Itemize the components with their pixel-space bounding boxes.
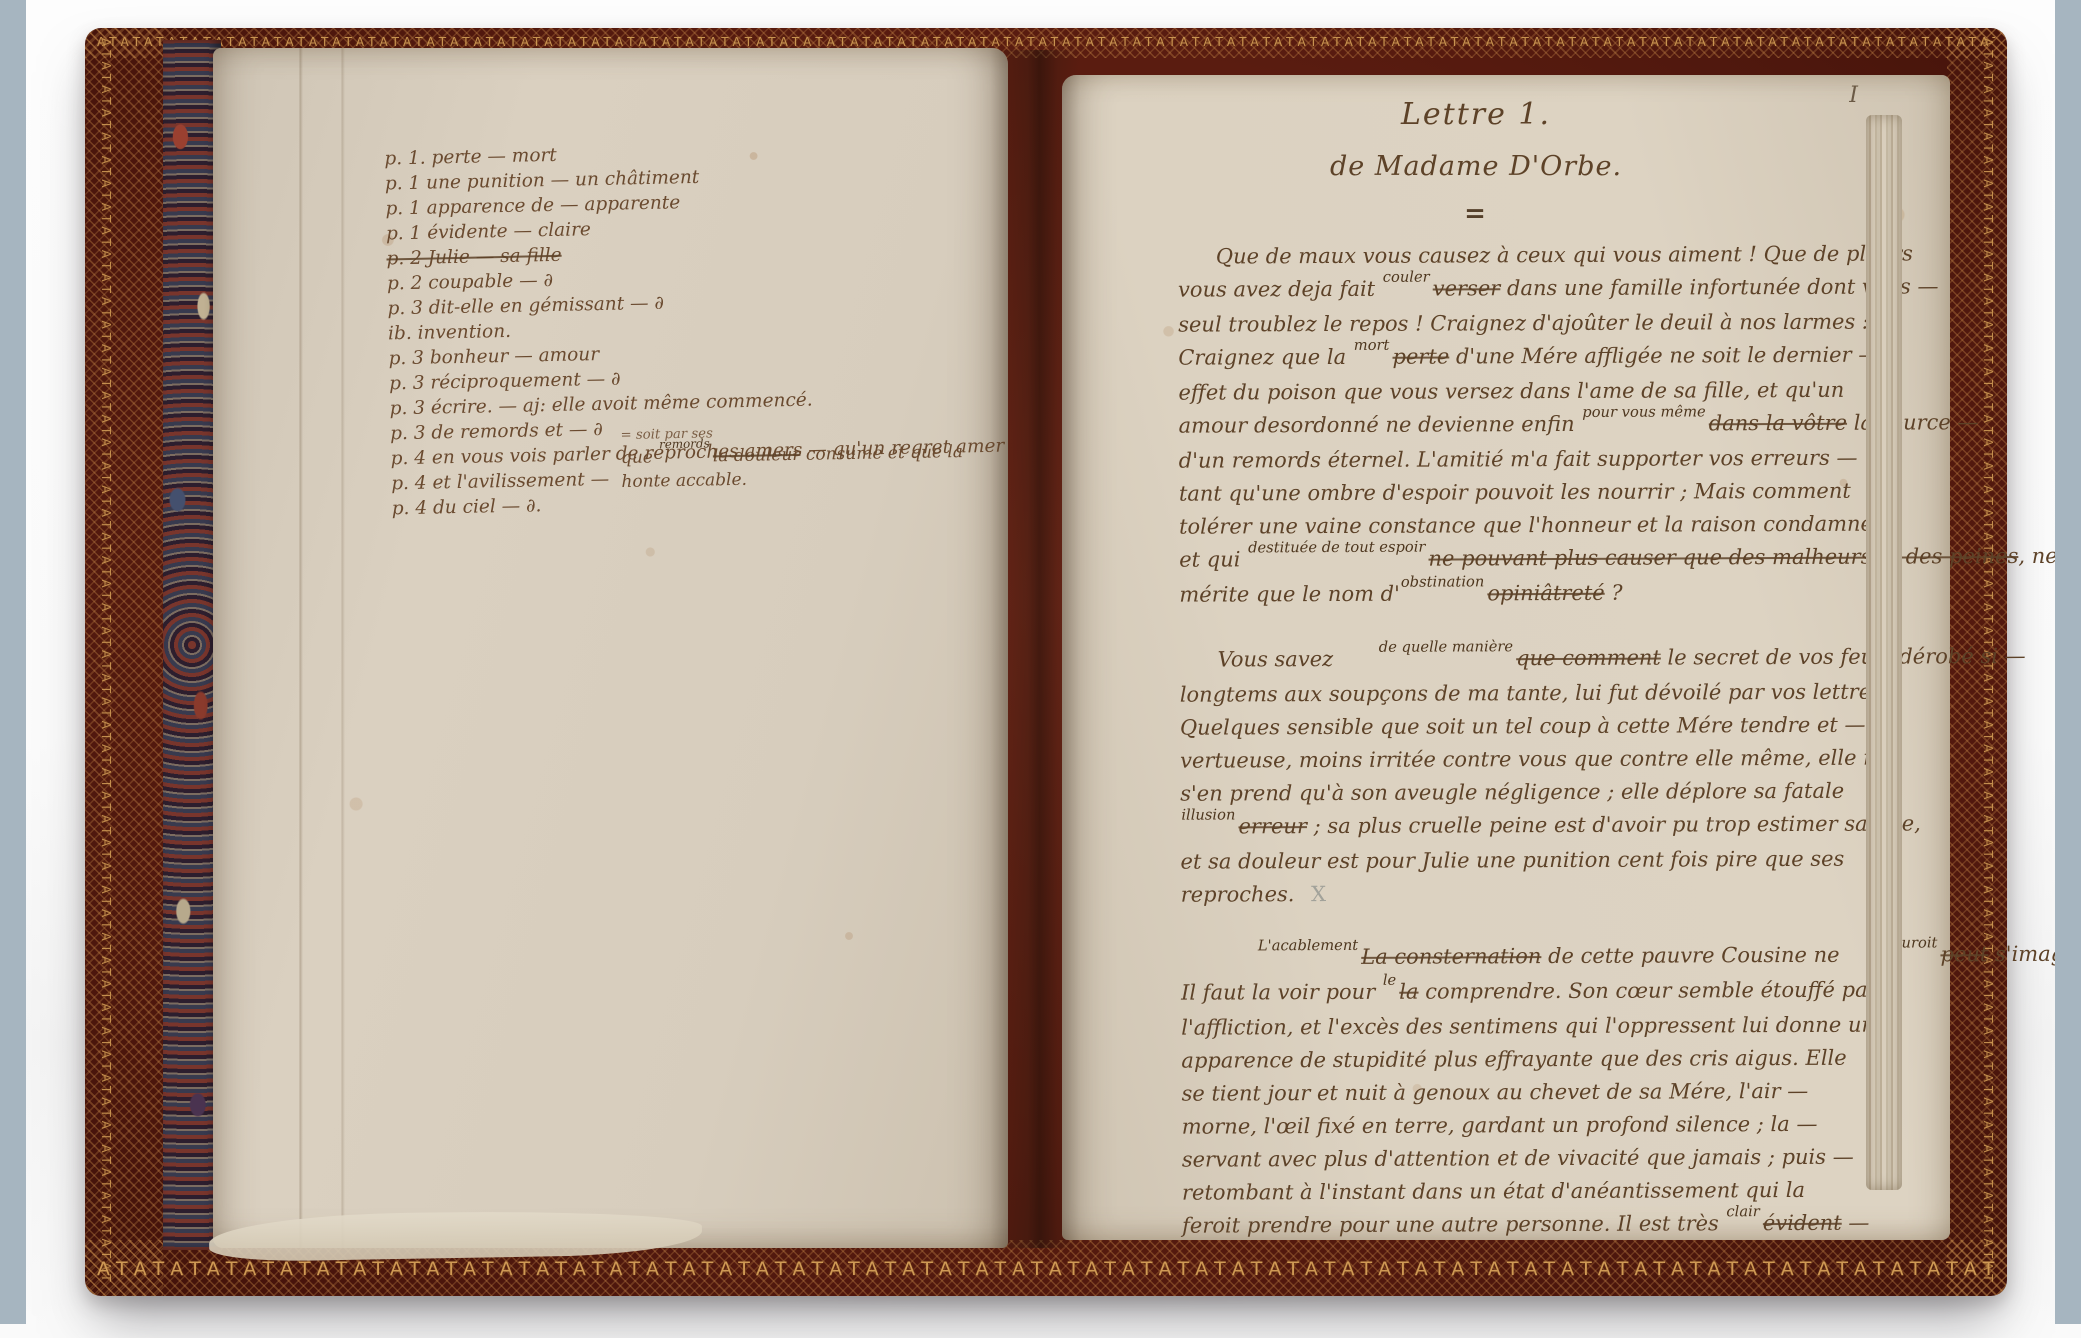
manuscript-line: retombant à l'instant dans un état d'ané… [1182,1173,1942,1209]
text-run: consume et que la [800,442,963,465]
text-run: p. 3 bonheur — amour [388,344,599,369]
text-run: et qui [1179,547,1247,571]
text-run: effet du poison que vous versez dans l'a… [1178,378,1844,405]
paragraph-2: Vous savez de quelle manièreque comment … [1180,640,1941,911]
text-run: p. 3 dit-elle en gémissant — ∂ [387,293,664,320]
photo-frame-left [0,0,26,1324]
text-run: p. 4 du ciel — ∂. [392,495,542,519]
text-run: Il faut la voir pour [1181,980,1382,1005]
text-run: et sa douleur est pour Julie une punitio… [1180,847,1844,874]
text-run: tant qu'une ombre d'espoir pouvoit les n… [1179,479,1851,506]
manuscript-line: L'acablementLa consternation de cette pa… [1181,938,1941,976]
manuscript-line: l'affliction, et l'excès des sentimens q… [1181,1008,1941,1044]
manuscript-line: longtems aux soupçons de ma tante, lui f… [1180,675,1940,711]
manuscript-line: vertueuse, moins irritée contre vous que… [1180,741,1940,777]
manuscript-line: apparence de stupidité plus effrayante q… [1181,1041,1941,1077]
text-run: le secret de vos feux, dérobé si — [1661,644,2026,670]
manuscript-line: Craignez que la mortperte d'une Mére aff… [1178,338,1938,376]
manuscript-line: illusionerreur ; sa plus cruelle peine e… [1180,807,1940,845]
text-run: Craignez que la [1178,345,1353,370]
text-run: p. 3 de remords et — ∂ [390,419,603,444]
paragraph-1: Que de maux vous causez à ceux qui vous … [1178,237,1940,613]
text-run: p. 3 réciproquement — ∂ [389,369,621,395]
section-divider: = [1062,199,1890,229]
text-sup: mort [1354,329,1390,362]
page-fore-edge-stack [1866,115,1902,1190]
paragraph-3: L'acablementLa consternation de cette pa… [1181,938,1942,1244]
text-run: ; sa plus cruelle peine est d'avoir pu t… [1307,811,1921,838]
text-run: longtems aux soupçons de ma tante, lui f… [1180,680,1889,707]
text-run: que [621,447,659,468]
text-strike: évident [1763,1211,1842,1235]
text-strike: verser [1433,276,1501,300]
text-sup: obstination [1401,565,1485,598]
text-run: morne, l'œil fixé en terre, gardant un p… [1182,1112,1818,1139]
text-run: — [1842,1211,1870,1235]
manuscript-line: tant qu'une ombre d'espoir pouvoit les n… [1179,474,1939,510]
text-run: de cette pauvre Cousine ne [1541,943,1846,968]
manuscript-line: feroit prendre pour une autre personne. … [1182,1206,1942,1244]
text-sup: pour vous même [1582,395,1706,429]
manuscript-line: mérite que le nom d'obstinationopiniâtre… [1179,575,1939,613]
text-strike: peut [1940,942,1988,966]
text-run: p. 2 coupable — ∂ [387,270,553,294]
text-run: retombant à l'instant dans un état d'ané… [1182,1178,1805,1205]
text-run: p. 1 évidente — claire [386,219,591,244]
manuscript-line: effet du poison que vous versez dans l'a… [1178,373,1938,409]
text-run: Vous savez [1218,647,1340,672]
text-sup: couler [1383,261,1430,294]
text-run: d'un remords éternel. L'amitié m'a fait … [1179,446,1858,473]
text-run: reproches. [1181,882,1295,906]
text-strike: la [1399,980,1418,1004]
text-run: seul troublez le repos ! Craignez d'ajoû… [1178,310,1869,337]
text-sup: le [1383,964,1397,997]
manuscript-line: servant avec plus d'attention et de viva… [1182,1140,1942,1176]
text-sup: destituée de tout espoir [1248,531,1426,565]
text-run: feroit prendre pour une autre personne. … [1182,1211,1725,1237]
manuscript-line: se tient jour et nuit à genoux au chevet… [1181,1074,1941,1110]
manuscript-line: Vous savez de quelle manièreque comment … [1180,640,1940,678]
open-book: ΑΤΑΤΑΤΑΤΑΤΑΤΑΤΑΤΑΤΑΤΑΤΑΤΑΤΑΤΑΤΑΤΑΤΑΤΑΤΑΤ… [85,28,2007,1296]
manuscript-line: Quelques sensible que soit un tel coup à… [1180,708,1940,744]
manuscript-line: amour desordonné ne devienne enfin pour … [1179,406,1939,444]
manuscript-line: s'en prend qu'à son aveugle négligence ;… [1180,774,1940,810]
text-strike: perte [1392,344,1449,368]
manuscript-line: Il faut la voir pour lela comprendre. So… [1181,973,1941,1011]
gilt-border-pattern-left: ΑΤΑΤΑΤΑΤΑΤΑΤΑΤΑΤΑΤΑΤΑΤΑΤΑΤΑΤΑΤΑΤΑΤΑΤΑΤΑΤ… [93,38,119,1286]
text-run: p. 1. perte — mort [384,145,557,170]
manuscript-line: reproches. X [1181,875,1941,911]
text-run: mérite que le nom d' [1179,582,1400,607]
text-strike: erreur [1238,814,1307,838]
text-strike: la douleur [713,445,801,467]
text-run: apparence de stupidité plus effrayante q… [1181,1046,1846,1073]
text-sup: L'acablement [1220,929,1358,963]
text-run: p. 1 apparence de — apparente [385,192,680,219]
text-strike: dans la vôtre [1709,411,1847,436]
manuscript-line: seul troublez le repos ! Craignez d'ajoû… [1178,305,1938,341]
text-sup: clair [1726,1195,1760,1228]
text-run: s'en prend qu'à son aveugle négligence ;… [1180,779,1844,806]
text-run: se tient jour et nuit à genoux au chevet… [1181,1079,1808,1106]
manuscript-line: morne, l'œil fixé en terre, gardant un p… [1182,1107,1942,1143]
text-sup: de quelle manière [1341,630,1513,664]
text-run: comprendre. Son cœur semble étouffé par [1418,978,1877,1004]
text-strike: ne pouvant plus causer que des malheurs … [1428,544,2018,571]
right-page: I Lettre 1. de Madame D'Orbe. = Que de m… [1062,75,1950,1240]
text-run: Quelques sensible que soit un tel coup à… [1180,713,1866,740]
text-run: ? [1605,581,1623,605]
text-run: honte accable. [621,470,747,492]
left-page: p. 1. perte — mortp. 1 une punition — un… [213,48,1008,1248]
manuscript-photo: ΑΤΑΤΑΤΑΤΑΤΑΤΑΤΑΤΑΤΑΤΑΤΑΤΑΤΑΤΑΤΑΤΑΤΑΤΑΤΑΤ… [0,0,2081,1338]
text-mark: X [1294,882,1326,906]
text-run: , ne [2018,544,2057,568]
manuscript-line: et qui destituée de tout espoirne pouvan… [1179,540,1939,578]
letter-subtitle: de Madame D'Orbe. [1062,151,1890,182]
manuscript-line: vous avez deja fait coulerverser dans un… [1178,270,1938,308]
text-run: amour desordonné ne devienne enfin [1179,412,1582,438]
text-run: vous avez deja fait [1178,277,1382,302]
text-run: ib. invention. [388,321,511,345]
text-run: l'affliction, et l'excès des sentimens q… [1181,1013,1887,1040]
text-strike: que comment [1516,646,1661,671]
text-run: vertueuse, moins irritée contre vous que… [1180,746,1889,773]
letter-body: Que de maux vous causez à ceux qui vous … [1178,237,1942,1244]
text-sup: remords [659,432,710,456]
text-run: Que de maux vous causez à ceux qui vous … [1216,241,1913,268]
manuscript-line: Que de maux vous causez à ceux qui vous … [1178,237,1938,273]
text-run: p. 4 et l'avilissement — [391,469,609,495]
text-run: d'une Mére affligée ne soit le dernier — [1449,343,1879,369]
margin-annotation: = soit par sesque remordsla douleur cons… [620,417,963,494]
text-strike: p. 2 Julie — sa fille [386,245,562,270]
manuscript-line: et sa douleur est pour Julie une punitio… [1180,842,1940,878]
photo-frame-right [2055,0,2081,1324]
text-strike: opiniâtreté [1487,581,1604,606]
text-run: servant avec plus d'attention et de viva… [1182,1145,1854,1172]
text-sup: illusion [1181,798,1235,831]
letter-title: Lettre 1. [1062,97,1890,132]
manuscript-line: d'un remords éternel. L'amitié m'a fait … [1179,441,1939,477]
